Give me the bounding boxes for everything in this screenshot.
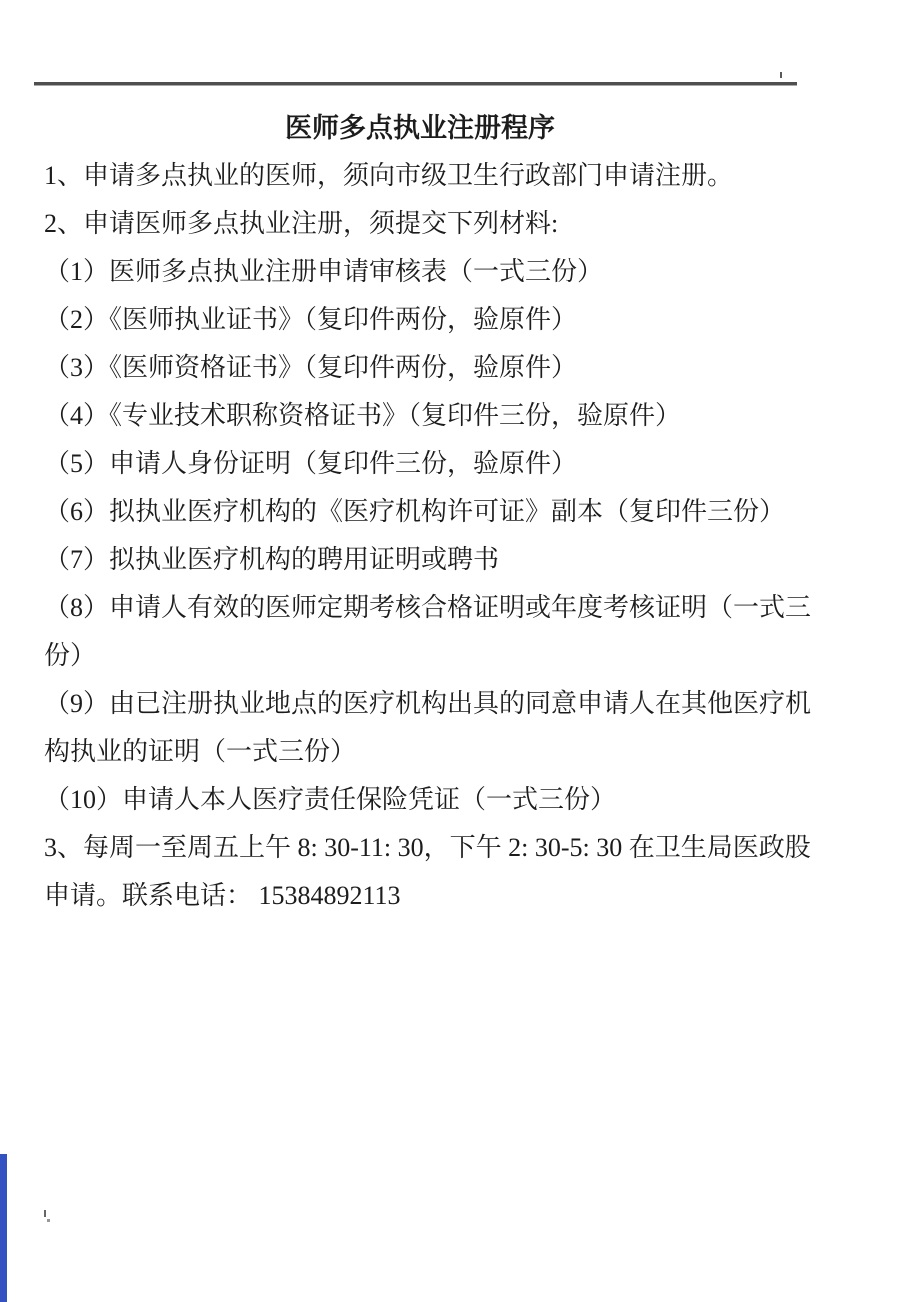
horizontal-rule — [34, 82, 797, 86]
doc-line: （2）《医师执业证书》（复印件两份，验原件） — [44, 296, 796, 344]
stray-mark-top-right — [780, 72, 782, 78]
doc-line: 申请。联系电话： 15384892113 — [44, 872, 796, 920]
doc-line: （9）由已注册执业地点的医疗机构出具的同意申请人在其他医疗机 — [44, 680, 796, 728]
doc-line: （5）申请人身份证明（复印件三份，验原件） — [44, 440, 796, 488]
doc-line: 2、申请医师多点执业注册，须提交下列材料: — [44, 200, 796, 248]
doc-line: （3）《医师资格证书》（复印件两份，验原件） — [44, 344, 796, 392]
doc-line: 3、每周一至周五上午 8: 30-11: 30，下午 2: 30-5: 30 在… — [44, 824, 796, 872]
document-title: 医师多点执业注册程序 — [44, 104, 796, 152]
doc-line: 1、申请多点执业的医师，须向市级卫生行政部门申请注册。 — [44, 152, 796, 200]
doc-line: （6）拟执业医疗机构的《医疗机构许可证》副本（复印件三份） — [44, 488, 796, 536]
doc-line: （4）《专业技术职称资格证书》（复印件三份，验原件） — [44, 392, 796, 440]
doc-line: （7）拟执业医疗机构的聘用证明或聘书 — [44, 536, 796, 584]
scrollbar-fragment[interactable] — [0, 1154, 7, 1302]
document-page: 医师多点执业注册程序 1、申请多点执业的医师，须向市级卫生行政部门申请注册。 2… — [0, 0, 920, 1302]
doc-line: 份） — [44, 632, 796, 680]
doc-line: （8）申请人有效的医师定期考核合格证明或年度考核证明（一式三 — [44, 584, 796, 632]
stray-mark-bottom-left — [44, 1210, 46, 1217]
doc-line: （1）医师多点执业注册申请审核表（一式三份） — [44, 248, 796, 296]
stray-dot-bottom-left — [47, 1219, 50, 1222]
doc-line: （10）申请人本人医疗责任保险凭证（一式三份） — [44, 776, 796, 824]
doc-line: 构执业的证明（一式三份） — [44, 728, 796, 776]
document-content: 医师多点执业注册程序 1、申请多点执业的医师，须向市级卫生行政部门申请注册。 2… — [44, 104, 796, 920]
